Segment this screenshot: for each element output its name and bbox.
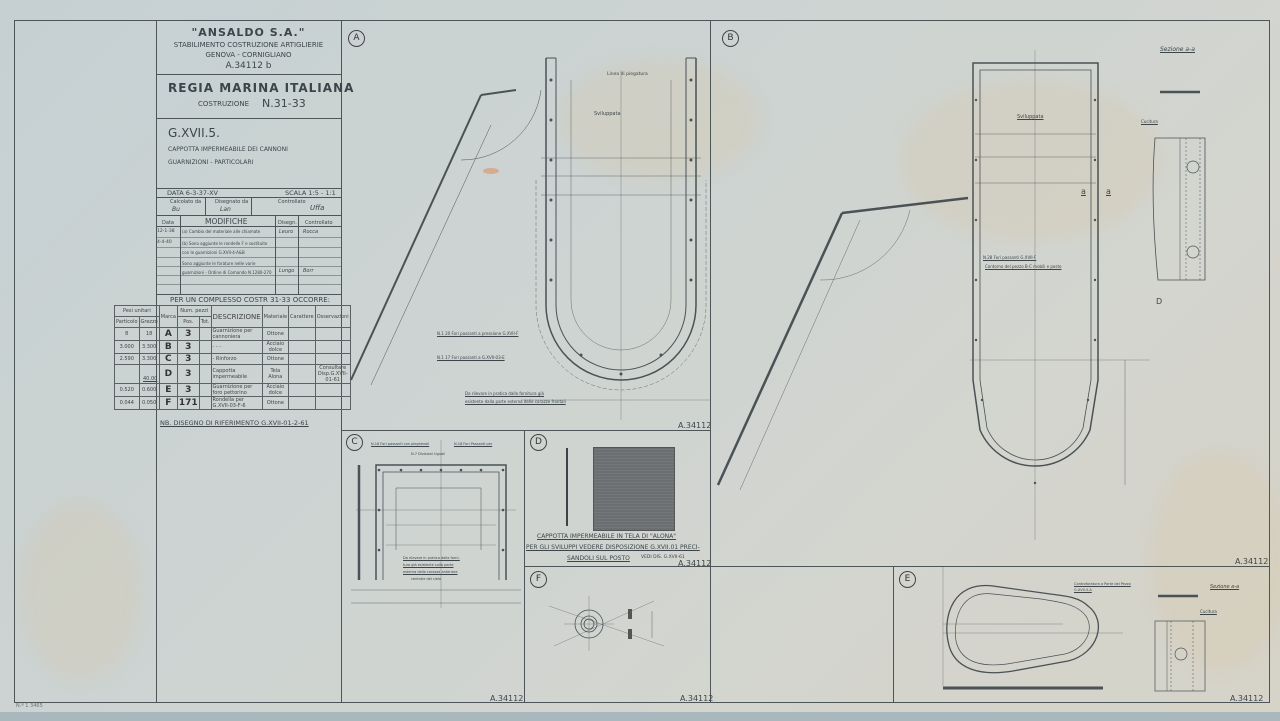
seam-label: Cucitura — [1200, 609, 1217, 614]
part-desc: Rondella per G.XVII-03-F-6 — [211, 397, 262, 410]
section-title: Sezione a-a — [1210, 584, 1239, 590]
drawing-subdescription: GUARNIZIONI - PARTICOLARI — [168, 159, 253, 166]
construction-number: N.31-33 — [262, 97, 306, 110]
client-name: REGIA MARINA ITALIANA — [168, 81, 354, 95]
view-c-note: N.18 Fori Passanti per — [454, 442, 492, 446]
col-header: Pesi unitari — [115, 306, 160, 317]
part-material: Acciaio dolce — [262, 341, 288, 354]
view-a-drawing — [341, 20, 710, 430]
title-divider — [156, 118, 341, 119]
part-qty: 3 — [177, 341, 199, 354]
weight-part: 2.590 — [115, 354, 140, 365]
holes-note: N.1 17 Fori passanti a G.XVII-03-E — [437, 355, 505, 360]
view-d-caption: CAPPOTTA IMPERMEABILE IN TELA DI "ALONA" — [537, 533, 676, 540]
signature: Uffa — [310, 204, 324, 212]
part-mark: A — [159, 328, 177, 341]
archive-stamp: N.º 1 3465 — [16, 703, 43, 709]
part-qty: 171 — [177, 397, 199, 410]
part-qty: 3 — [177, 384, 199, 397]
mod-checked: Rocca — [303, 229, 318, 235]
grid-line — [156, 197, 341, 198]
divisions-label: N.7 Divisioni Uguali — [411, 452, 445, 456]
part-mark: F — [159, 397, 177, 410]
drawing-date: DATA 6-3-37-XV — [167, 189, 218, 197]
developed-label: Sviluppata — [1017, 114, 1044, 120]
view-b-drawing — [710, 20, 1270, 566]
developed-label: Sviluppata — [594, 111, 621, 117]
part-material: Ottone — [262, 397, 288, 410]
mod-date: 12-1-38 — [157, 229, 175, 234]
view-c-note: N.18 Fori passanti con pieghevoli — [371, 442, 429, 446]
mod-text: (a) Cambio del materiale alle chiamate — [182, 229, 260, 234]
view-d-caption: PER GLI SVILUPPI VEDERE DISPOSIZIONE G.X… — [526, 544, 700, 551]
weight-part: 0.044 — [115, 397, 140, 410]
mod-header-checked: Controllato — [305, 220, 333, 226]
table-row: 0.5200.600 E3 Guarnizione per foro petto… — [115, 384, 351, 397]
view-a-note: Da rilevare in pratica dalla fornitura g… — [465, 391, 544, 396]
drawing-id: A.34112 b — [156, 61, 341, 71]
part-mark: E — [159, 384, 177, 397]
grid-line — [205, 197, 206, 215]
frame-left — [14, 20, 15, 703]
title-divider — [156, 74, 341, 75]
grid-line — [156, 226, 341, 227]
table-row: 818 A3 Guarnizione per cannonieraOttone — [115, 328, 351, 341]
seam-label: Cucitura — [1141, 119, 1158, 124]
sig-header: Controllato — [278, 199, 306, 205]
table-row: 0.0440.050 F171 Rondella per G.XVII-03-F… — [115, 397, 351, 410]
sheet-number: A.34112 — [490, 694, 523, 703]
weight-raw: 18 — [139, 328, 159, 341]
part-label-d: D — [1156, 297, 1162, 306]
mod-text: Sono aggiunte le forature nelle varie gu… — [182, 259, 274, 277]
part-desc: - Rinforzo — [211, 354, 262, 365]
fold-line-label: Linea di piegatura — [607, 72, 648, 77]
parts-list-title: PER UN COMPLESSO COSTR 31-33 OCCORRE: — [170, 296, 330, 304]
view-c-note: centrale del cielo — [411, 577, 441, 581]
sheet-number: A.34112 — [1235, 557, 1268, 566]
table-row: 2.5903.300 C3 - RinforzoOttone — [115, 354, 351, 365]
fabric-edge-view — [566, 448, 568, 526]
grid-line — [156, 215, 341, 216]
part-material: Ottone — [262, 328, 288, 341]
weight-part — [115, 365, 140, 384]
mod-date: 4-4-40 — [157, 240, 172, 245]
mod-text: (b) Sono aggiunte le rondelle F e sostit… — [182, 239, 274, 257]
part-mark: C — [159, 354, 177, 365]
grid-line — [156, 237, 341, 238]
weight-raw: 3.300 — [139, 341, 159, 354]
part-desc: Cappotta impermeabile — [211, 365, 262, 384]
part-qty: 3 — [177, 354, 199, 365]
col-header: Particolo — [115, 317, 140, 328]
col-header: Tot. — [199, 317, 211, 328]
grid-line — [275, 215, 276, 295]
reference-note: NB. DISEGNO DI RIFERIMENTO G.XVII-01-2-6… — [160, 419, 309, 427]
view-f-drawing — [524, 566, 710, 703]
drawing-sheet: "ANSALDO S.A." STABILIMENTO COSTRUZIONE … — [0, 0, 1280, 712]
view-label-d: D — [530, 434, 547, 451]
mod-header-date: Data — [162, 220, 174, 226]
sheet-number: A.34112 — [680, 694, 713, 703]
parts-table: Pesi unitari Marca Num. pezzi DESCRIZION… — [114, 305, 351, 410]
mod-drawn: Leuro — [279, 229, 293, 235]
mod-header-drawn: Disegn. — [278, 220, 297, 226]
view-c-note: Da rilevare in pratica dalla forni- — [403, 556, 460, 560]
section-mark: a — [1106, 187, 1111, 196]
part-qty: 3 — [177, 328, 199, 341]
weight-raw: 3.300 — [139, 354, 159, 365]
weight-part: 0.520 — [115, 384, 140, 397]
weight-raw: 0.600 — [139, 384, 159, 397]
weight-raw: 0.050 — [139, 397, 159, 410]
grid-line — [180, 215, 181, 295]
weight-part: 8 — [115, 328, 140, 341]
drawing-code: G.XVII.5. — [168, 126, 220, 140]
location: GENOVA - CORNIGLIANO — [156, 51, 341, 59]
drawing-scale: SCALA 1:5 - 1:1 — [285, 189, 336, 197]
scan-border — [0, 712, 1280, 721]
company-name: "ANSALDO S.A." — [156, 26, 341, 39]
view-b-note: N.28 Fori passanti G.XVII-F — [983, 255, 1036, 260]
section-title: Sezione a-a — [1160, 46, 1195, 53]
view-a-note: esistente dalla parte esterna delle cora… — [465, 399, 566, 404]
view-b-note: Contorno del pezzo B-C mobili e posto — [985, 264, 1061, 269]
table-row: 3.0003.300 B3 - - -Acciaio dolce — [115, 341, 351, 354]
part-material: Acciaio dolce — [262, 384, 288, 397]
part-desc: Guarnizione per cannoniera — [211, 328, 262, 341]
plant-name: STABILIMENTO COSTRUZIONE ARTIGLIERIE — [156, 41, 341, 49]
part-material: Ottone — [262, 354, 288, 365]
section-mark: a — [1081, 187, 1086, 196]
col-header: Num. pezzi — [177, 306, 211, 317]
col-header: Carattere — [289, 306, 316, 328]
view-d-caption: SANDOLI SUL POSTO — [567, 555, 630, 562]
view-c-note: tura già esistente sulla parte — [403, 563, 453, 567]
mod-checked: Borr — [303, 268, 314, 274]
col-header: Marca — [159, 306, 177, 328]
grid-line — [156, 257, 341, 258]
col-header: Materiale — [262, 306, 288, 328]
view-e-note: Controforatura a Parte del Pezzo G.XVII-… — [1074, 581, 1134, 593]
construction-label: COSTRUZIONE — [198, 100, 249, 108]
part-mark: B — [159, 341, 177, 354]
sig-header: Calcolato da — [170, 199, 201, 205]
view-c-note: esterna della corazza anteriore — [403, 570, 457, 574]
holes-note: N.1 20 Fori passanti a pressione G.XVII-… — [437, 331, 518, 336]
paper-stain — [20, 500, 140, 680]
mod-drawn: Lungo — [279, 268, 294, 274]
sig-header: Disegnato da — [215, 199, 248, 205]
mod-header-changes: MODIFICHE — [205, 217, 248, 226]
col-header: DESCRIZIONE — [211, 306, 262, 328]
part-material: Tela Alona — [262, 365, 288, 384]
grid-line — [251, 197, 252, 215]
col-header: Pos. — [177, 317, 199, 328]
sheet-number: A.34112 — [1230, 694, 1263, 703]
sheet-number: A.34112 — [678, 421, 711, 430]
fabric-swatch — [593, 447, 675, 531]
part-desc: - - - — [211, 341, 262, 354]
grid-line — [156, 284, 341, 285]
weight-part: 3.000 — [115, 341, 140, 354]
drawing-description: CAPPOTTA IMPERMEABILE DEI CANNONI — [168, 146, 288, 153]
parts-total: 40.00 — [143, 376, 157, 382]
grid-line — [298, 215, 299, 295]
grid-line — [156, 294, 341, 295]
col-header: Grezzo — [139, 317, 159, 328]
signature: Lan — [220, 206, 231, 213]
part-desc: Guarnizione per foro pettorino — [211, 384, 262, 397]
part-qty: 3 — [177, 365, 199, 384]
signature: Bu — [172, 206, 180, 213]
part-mark: D — [159, 365, 177, 384]
